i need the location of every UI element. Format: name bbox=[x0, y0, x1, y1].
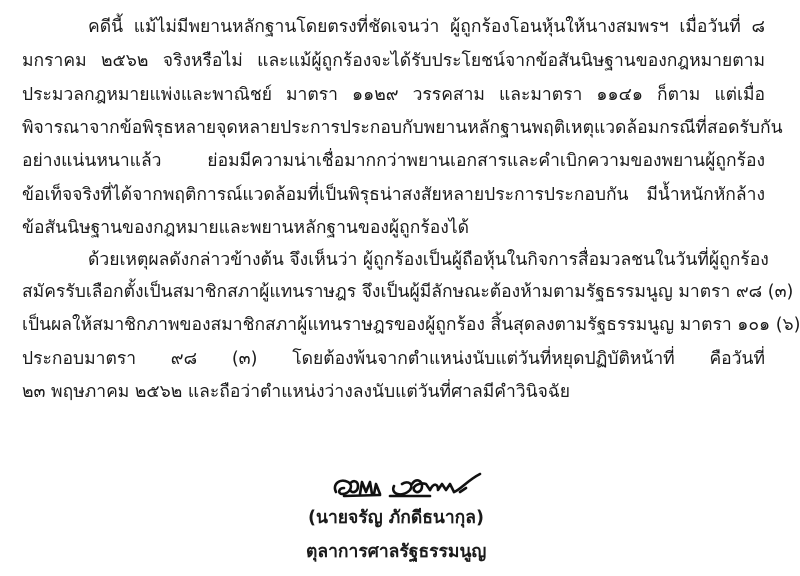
paragraph-line: ประกอบมาตรา ๙๘ (๓) โดยต้องพ้นจากตำแหน่งน… bbox=[22, 344, 765, 374]
paragraph-line: คดีนี้ แม้ไม่มีพยานหลักฐานโดยตรงที่ชัดเจ… bbox=[88, 12, 765, 42]
paragraph-line: ประมวลกฎหมายแพ่งและพาณิชย์ มาตรา ๑๑๒๙ วร… bbox=[22, 80, 765, 110]
paragraph-line: ด้วยเหตุผลดังกล่าวข้างต้น จึงเห็นว่า ผู้… bbox=[88, 245, 765, 275]
signatory-title: ตุลาการศาลรัฐธรรมนูญ bbox=[306, 537, 486, 567]
paragraph-line: สมัครรับเลือกตั้งเป็นสมาชิกสภาผู้แทนราษฎ… bbox=[22, 277, 765, 307]
paragraph-line: ๒๓ พฤษภาคม ๒๕๖๒ และถือว่าตำแหน่งว่างลงนั… bbox=[22, 377, 765, 407]
paragraph-line: ข้อสันนิษฐานของกฎหมายและพยานหลักฐานของผู… bbox=[22, 213, 765, 243]
paragraph-line: มกราคม ๒๕๖๒ จริงหรือไม่ และแม้ผู้ถูกร้อง… bbox=[22, 46, 765, 76]
paragraph-line: พิจารณาจากข้อพิรุธหลายจุดหลายประการประกอ… bbox=[22, 113, 765, 143]
paragraph-line: อย่างแน่นหนาแล้ว ย่อมมีความน่าเชื่อมากกว… bbox=[22, 146, 765, 176]
paragraph-line: เป็นผลให้สมาชิกภาพของสมาชิกสภาผู้แทนราษฎ… bbox=[22, 310, 765, 340]
paragraph-line: ข้อเท็จจริงที่ได้จากพฤติการณ์แวดล้อมที่เ… bbox=[22, 180, 765, 210]
document-page: คดีนี้ แม้ไม่มีพยานหลักฐานโดยตรงที่ชัดเจ… bbox=[0, 0, 800, 576]
signatory-name: (นายจรัญ ภักดีธนากุล) bbox=[308, 503, 484, 533]
